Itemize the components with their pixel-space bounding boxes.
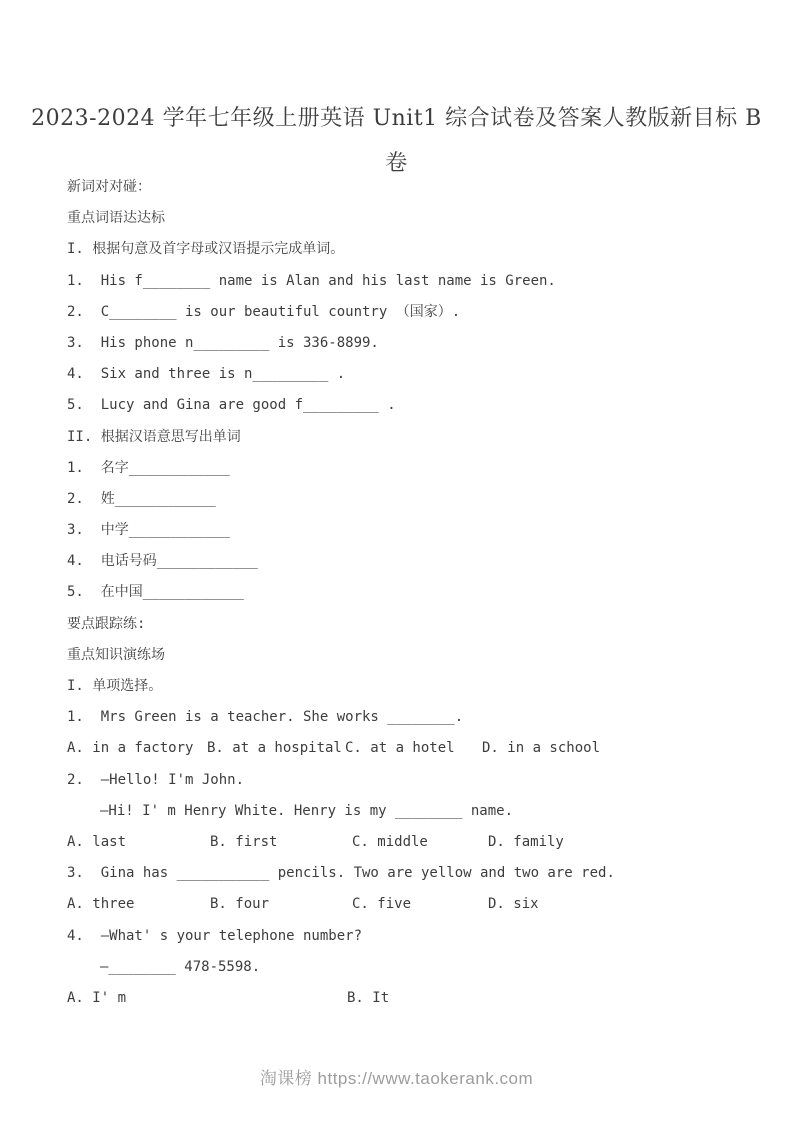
section-heading-choice: I. 单项选择。 xyxy=(67,671,763,702)
section-label-new-words: 新词对对碰： xyxy=(67,172,763,203)
option-text: A. I' m xyxy=(67,983,126,1014)
options-row-1: A. in a factoryB. at a hospitalC. at a h… xyxy=(67,733,763,764)
options-row-2: A. lastB. firstC. middleD. family xyxy=(67,827,763,858)
document-body: 新词对对碰：重点词语达达标I. 根据句意及首字母或汉语提示完成单词。1. His… xyxy=(67,172,763,1014)
option-text: D. in a school xyxy=(482,733,600,764)
option-text: C. at a hotel xyxy=(345,733,455,764)
question-3-4-continued: —________ 478-5598. xyxy=(67,952,763,983)
question-1-3: 3. His phone n_________ is 336-8899. xyxy=(67,328,763,359)
question-3-1: 1. Mrs Green is a teacher. She works ___… xyxy=(67,702,763,733)
question-2-3: 3. 中学____________ xyxy=(67,515,763,546)
options-row-4: A. I' mB. It xyxy=(67,983,763,1014)
option-text: D. family xyxy=(488,827,564,858)
question-2-5: 5. 在中国____________ xyxy=(67,577,763,608)
question-2-1: 1. 名字____________ xyxy=(67,453,763,484)
question-1-5: 5. Lucy and Gina are good f_________ . xyxy=(67,390,763,421)
option-text: A. last xyxy=(67,827,126,858)
option-text: B. four xyxy=(210,889,269,920)
option-text: C. middle xyxy=(352,827,428,858)
question-2-2: 2. 姓____________ xyxy=(67,484,763,515)
option-text: A. three xyxy=(67,889,134,920)
section-label-tracking: 要点跟踪练: xyxy=(67,609,763,640)
option-text: D. six xyxy=(488,889,539,920)
option-text: A. in a factory xyxy=(67,733,193,764)
question-3-3: 3. Gina has ___________ pencils. Two are… xyxy=(67,858,763,889)
options-row-3: A. threeB. fourC. fiveD. six xyxy=(67,889,763,920)
section-label-practice: 重点知识演练场 xyxy=(67,640,763,671)
option-text: B. first xyxy=(210,827,277,858)
option-text: B. It xyxy=(347,983,389,1014)
section-label-key-words: 重点词语达达标 xyxy=(67,203,763,234)
question-1-1: 1. His f________ name is Alan and his la… xyxy=(67,266,763,297)
section-heading-part1: I. 根据句意及首字母或汉语提示完成单词。 xyxy=(67,234,763,265)
document-title-line-1: 2023-2024 学年七年级上册英语 Unit1 综合试卷及答案人教版新目标 … xyxy=(30,96,763,141)
question-3-2: 2. —Hello! I'm John. xyxy=(67,765,763,796)
section-heading-part2: II. 根据汉语意思写出单词 xyxy=(67,422,763,453)
question-2-4: 4. 电话号码____________ xyxy=(67,546,763,577)
document-page: 2023-2024 学年七年级上册英语 Unit1 综合试卷及答案人教版新目标 … xyxy=(0,0,793,1122)
question-1-4: 4. Six and three is n_________ . xyxy=(67,359,763,390)
option-text: B. at a hospital xyxy=(207,733,342,764)
question-3-2-continued: —Hi! I' m Henry White. Henry is my _____… xyxy=(67,796,763,827)
question-1-2: 2. C________ is our beautiful country （国… xyxy=(67,297,763,328)
question-3-4: 4. —What' s your telephone number? xyxy=(67,921,763,952)
option-text: C. five xyxy=(352,889,411,920)
footer-watermark: 淘课榜 https://www.taokerank.com xyxy=(0,1064,793,1089)
